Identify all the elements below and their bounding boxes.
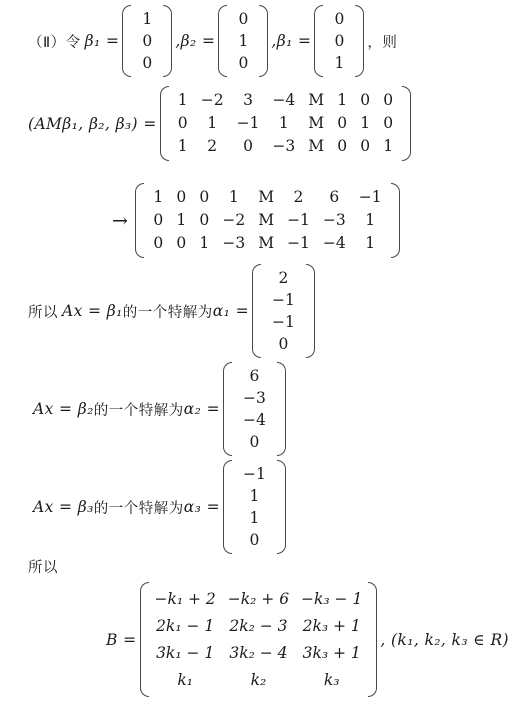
matrix-augmented-rref-cells: 1001M26−1010−2M−1−31001−3M−1−41 <box>144 183 390 258</box>
matrix-cell: 2 <box>293 188 303 207</box>
matrix-cell: 0 <box>176 234 186 253</box>
matrix-cell: 6 <box>329 188 339 207</box>
left-paren-icon <box>252 264 261 358</box>
matrix-cell: 1 <box>199 234 209 253</box>
formula-line-solution2: Ax = β₂ 的一个特解为 α₂ = 6−3−40 <box>33 362 289 456</box>
row-reduce-arrow-icon: → <box>112 210 128 232</box>
right-paren-icon <box>402 86 411 161</box>
alpha1-lhs: α₁ = <box>213 302 249 320</box>
matrix-cell: M <box>308 91 324 110</box>
matrix-cell: −1 <box>287 234 310 253</box>
parameter-condition: , (k₁, k₂, k₃ ∈ R) <box>380 631 509 649</box>
matrix-cell: M <box>258 234 274 253</box>
matrix-cell: M <box>258 211 274 230</box>
alpha3-lhs: α₃ = <box>184 498 220 516</box>
right-paren-icon <box>277 460 286 554</box>
vector-alpha1: 2−1−10 <box>252 264 315 358</box>
vector-beta1: 100 <box>122 5 172 77</box>
matrix-cell: 0 <box>176 188 186 207</box>
matrix-cell: −3 <box>222 234 245 253</box>
setup-label: （Ⅱ）令 <box>28 31 81 52</box>
equation-ax-beta2: Ax = β₂ <box>33 400 94 418</box>
matrix-cell: 0 <box>243 137 253 156</box>
matrix-cell: 0 <box>199 188 209 207</box>
formula-line-b-matrix: B = −k₁ + 2−k₂ + 6−k₃ − 12k₁ − 12k₂ − 32… <box>106 582 509 697</box>
alpha2-lhs: α₂ = <box>184 400 220 418</box>
matrix-cell: 0 <box>153 234 163 253</box>
matrix-cell: 1 <box>142 10 152 28</box>
left-paren-icon <box>135 183 144 258</box>
matrix-cell: 1 <box>365 234 375 253</box>
matrix-cell: 3k₂ − 4 <box>229 643 287 663</box>
vector-alpha3: −1110 <box>223 460 286 554</box>
matrix-cell: −1 <box>272 313 295 331</box>
matrix-cell: 1 <box>383 137 393 156</box>
augmented-lhs: (AMβ₁, β₂, β₃) = <box>28 115 157 133</box>
matrix-cell: M <box>308 137 324 156</box>
matrix-cell: 0 <box>199 211 209 230</box>
matrix-b-general: −k₁ + 2−k₂ + 6−k₃ − 12k₁ − 12k₂ − 32k₃ +… <box>140 582 378 697</box>
matrix-cell: 6 <box>249 367 259 385</box>
vector-beta3-cells: 001 <box>323 5 355 77</box>
matrix-cell: 3k₁ − 1 <box>156 643 214 663</box>
matrix-cell: M <box>258 188 274 207</box>
matrix-cell: 1 <box>238 32 248 50</box>
matrix-cell: −1 <box>287 211 310 230</box>
setup-tail: ，则 <box>367 31 397 52</box>
matrix-cell: −1 <box>243 465 266 483</box>
matrix-augmented-rref: 1001M26−1010−2M−1−31001−3M−1−41 <box>135 183 399 258</box>
matrix-cell: 1 <box>249 487 259 505</box>
right-paren-icon <box>306 264 315 358</box>
matrix-cell: M <box>308 114 324 133</box>
therefore-label: 所以 <box>28 556 58 577</box>
vector-beta2-cells: 010 <box>227 5 259 77</box>
matrix-augmented-initial: 1−23−4M10001−11M010120−3M001 <box>160 86 411 161</box>
matrix-cell: 0 <box>142 54 152 72</box>
matrix-cell: 0 <box>334 32 344 50</box>
matrix-cell: 0 <box>383 91 393 110</box>
formula-line-solution3: Ax = β₃ 的一个特解为 α₃ = −1110 <box>33 460 289 554</box>
right-paren-icon <box>391 183 400 258</box>
matrix-cell: −2 <box>201 91 224 110</box>
formula-line-rref: → 1001M26−1010−2M−1−31001−3M−1−41 <box>112 183 403 258</box>
matrix-cell: −4 <box>243 411 266 429</box>
vector-beta1-cells: 100 <box>131 5 163 77</box>
matrix-cell: 1 <box>365 211 375 230</box>
matrix-cell: −k₁ + 2 <box>155 589 216 609</box>
matrix-cell: −k₂ + 6 <box>228 589 289 609</box>
matrix-cell: 0 <box>278 335 288 353</box>
matrix-cell: 1 <box>178 137 188 156</box>
particular-solution-label: 的一个特解为 <box>94 399 184 420</box>
matrix-cell: 0 <box>249 433 259 451</box>
matrix-cell: 2k₃ + 1 <box>303 616 361 636</box>
matrix-cell: 1 <box>279 114 289 133</box>
vector-beta2: 010 <box>218 5 268 77</box>
vector-alpha2-cells: 6−3−40 <box>232 362 277 456</box>
matrix-cell: 0 <box>360 137 370 156</box>
matrix-cell: 3 <box>243 91 253 110</box>
vector-alpha2: 6−3−40 <box>223 362 286 456</box>
matrix-cell: −3 <box>323 211 346 230</box>
left-paren-icon <box>160 86 169 161</box>
matrix-cell: −4 <box>323 234 346 253</box>
matrix-cell: 0 <box>238 10 248 28</box>
matrix-cell: 2k₁ − 1 <box>156 616 214 636</box>
matrix-cell: 0 <box>383 114 393 133</box>
matrix-cell: 0 <box>360 91 370 110</box>
b-matrix-lhs: B = <box>106 631 137 649</box>
therefore-label: 所以 <box>28 301 58 322</box>
matrix-cell: 0 <box>238 54 248 72</box>
beta2-lhs: β₂ = <box>181 32 216 50</box>
matrix-cell: 1 <box>249 509 259 527</box>
matrix-cell: 1 <box>334 54 344 72</box>
formula-line-solution1: 所以 Ax = β₁ 的一个特解为 α₁ = 2−1−10 <box>28 264 318 358</box>
matrix-cell: 2 <box>207 137 217 156</box>
matrix-cell: 0 <box>178 114 188 133</box>
left-paren-icon <box>223 362 232 456</box>
left-paren-icon <box>218 5 227 77</box>
matrix-cell: 1 <box>207 114 217 133</box>
matrix-b-general-cells: −k₁ + 2−k₂ + 6−k₃ − 12k₁ − 12k₂ − 32k₃ +… <box>149 582 369 697</box>
matrix-cell: k₃ <box>324 670 340 690</box>
right-paren-icon <box>368 582 377 697</box>
beta1-lhs: β₁ = <box>85 32 120 50</box>
right-paren-icon <box>163 5 172 77</box>
matrix-cell: 2 <box>278 269 288 287</box>
matrix-cell: −1 <box>237 114 260 133</box>
left-paren-icon <box>140 582 149 697</box>
matrix-cell: 0 <box>337 114 347 133</box>
right-paren-icon <box>259 5 268 77</box>
particular-solution-label: 的一个特解为 <box>94 497 184 518</box>
matrix-cell: −2 <box>222 211 245 230</box>
right-paren-icon <box>355 5 364 77</box>
particular-solution-label: 的一个特解为 <box>123 301 213 322</box>
matrix-cell: 1 <box>229 188 239 207</box>
matrix-cell: 1 <box>178 91 188 110</box>
equation-ax-beta3: Ax = β₃ <box>33 498 94 516</box>
formula-line-augmented: (AMβ₁, β₂, β₃) = 1−23−4M10001−11M010120−… <box>28 86 414 161</box>
matrix-augmented-initial-cells: 1−23−4M10001−11M010120−3M001 <box>169 86 402 161</box>
right-paren-icon <box>277 362 286 456</box>
matrix-cell: k₂ <box>251 670 267 690</box>
vector-alpha1-cells: 2−1−10 <box>261 264 306 358</box>
matrix-cell: −1 <box>272 291 295 309</box>
formula-line-setup: （Ⅱ）令 β₁ = 100 , β₂ = 010 , β₁ = 001 ，则 <box>28 5 397 77</box>
matrix-cell: 1 <box>360 114 370 133</box>
matrix-cell: k₁ <box>177 670 193 690</box>
matrix-cell: 0 <box>153 211 163 230</box>
matrix-cell: −k₃ − 1 <box>301 589 362 609</box>
matrix-cell: 0 <box>142 32 152 50</box>
therefore-line: 所以 <box>28 556 58 577</box>
beta3-lhs: β₁ = <box>277 32 312 50</box>
matrix-cell: 1 <box>153 188 163 207</box>
matrix-cell: 1 <box>337 91 347 110</box>
vector-alpha3-cells: −1110 <box>232 460 277 554</box>
matrix-cell: 0 <box>334 10 344 28</box>
matrix-cell: −4 <box>272 91 295 110</box>
matrix-cell: −1 <box>359 188 382 207</box>
matrix-cell: 0 <box>249 531 259 549</box>
matrix-cell: −3 <box>243 389 266 407</box>
left-paren-icon <box>122 5 131 77</box>
matrix-cell: −3 <box>272 137 295 156</box>
matrix-cell: 1 <box>176 211 186 230</box>
left-paren-icon <box>314 5 323 77</box>
matrix-cell: 0 <box>337 137 347 156</box>
matrix-cell: 2k₂ − 3 <box>229 616 287 636</box>
vector-beta3: 001 <box>314 5 364 77</box>
left-paren-icon <box>223 460 232 554</box>
matrix-cell: 3k₃ + 1 <box>303 643 361 663</box>
equation-ax-beta1: Ax = β₁ <box>62 302 123 320</box>
